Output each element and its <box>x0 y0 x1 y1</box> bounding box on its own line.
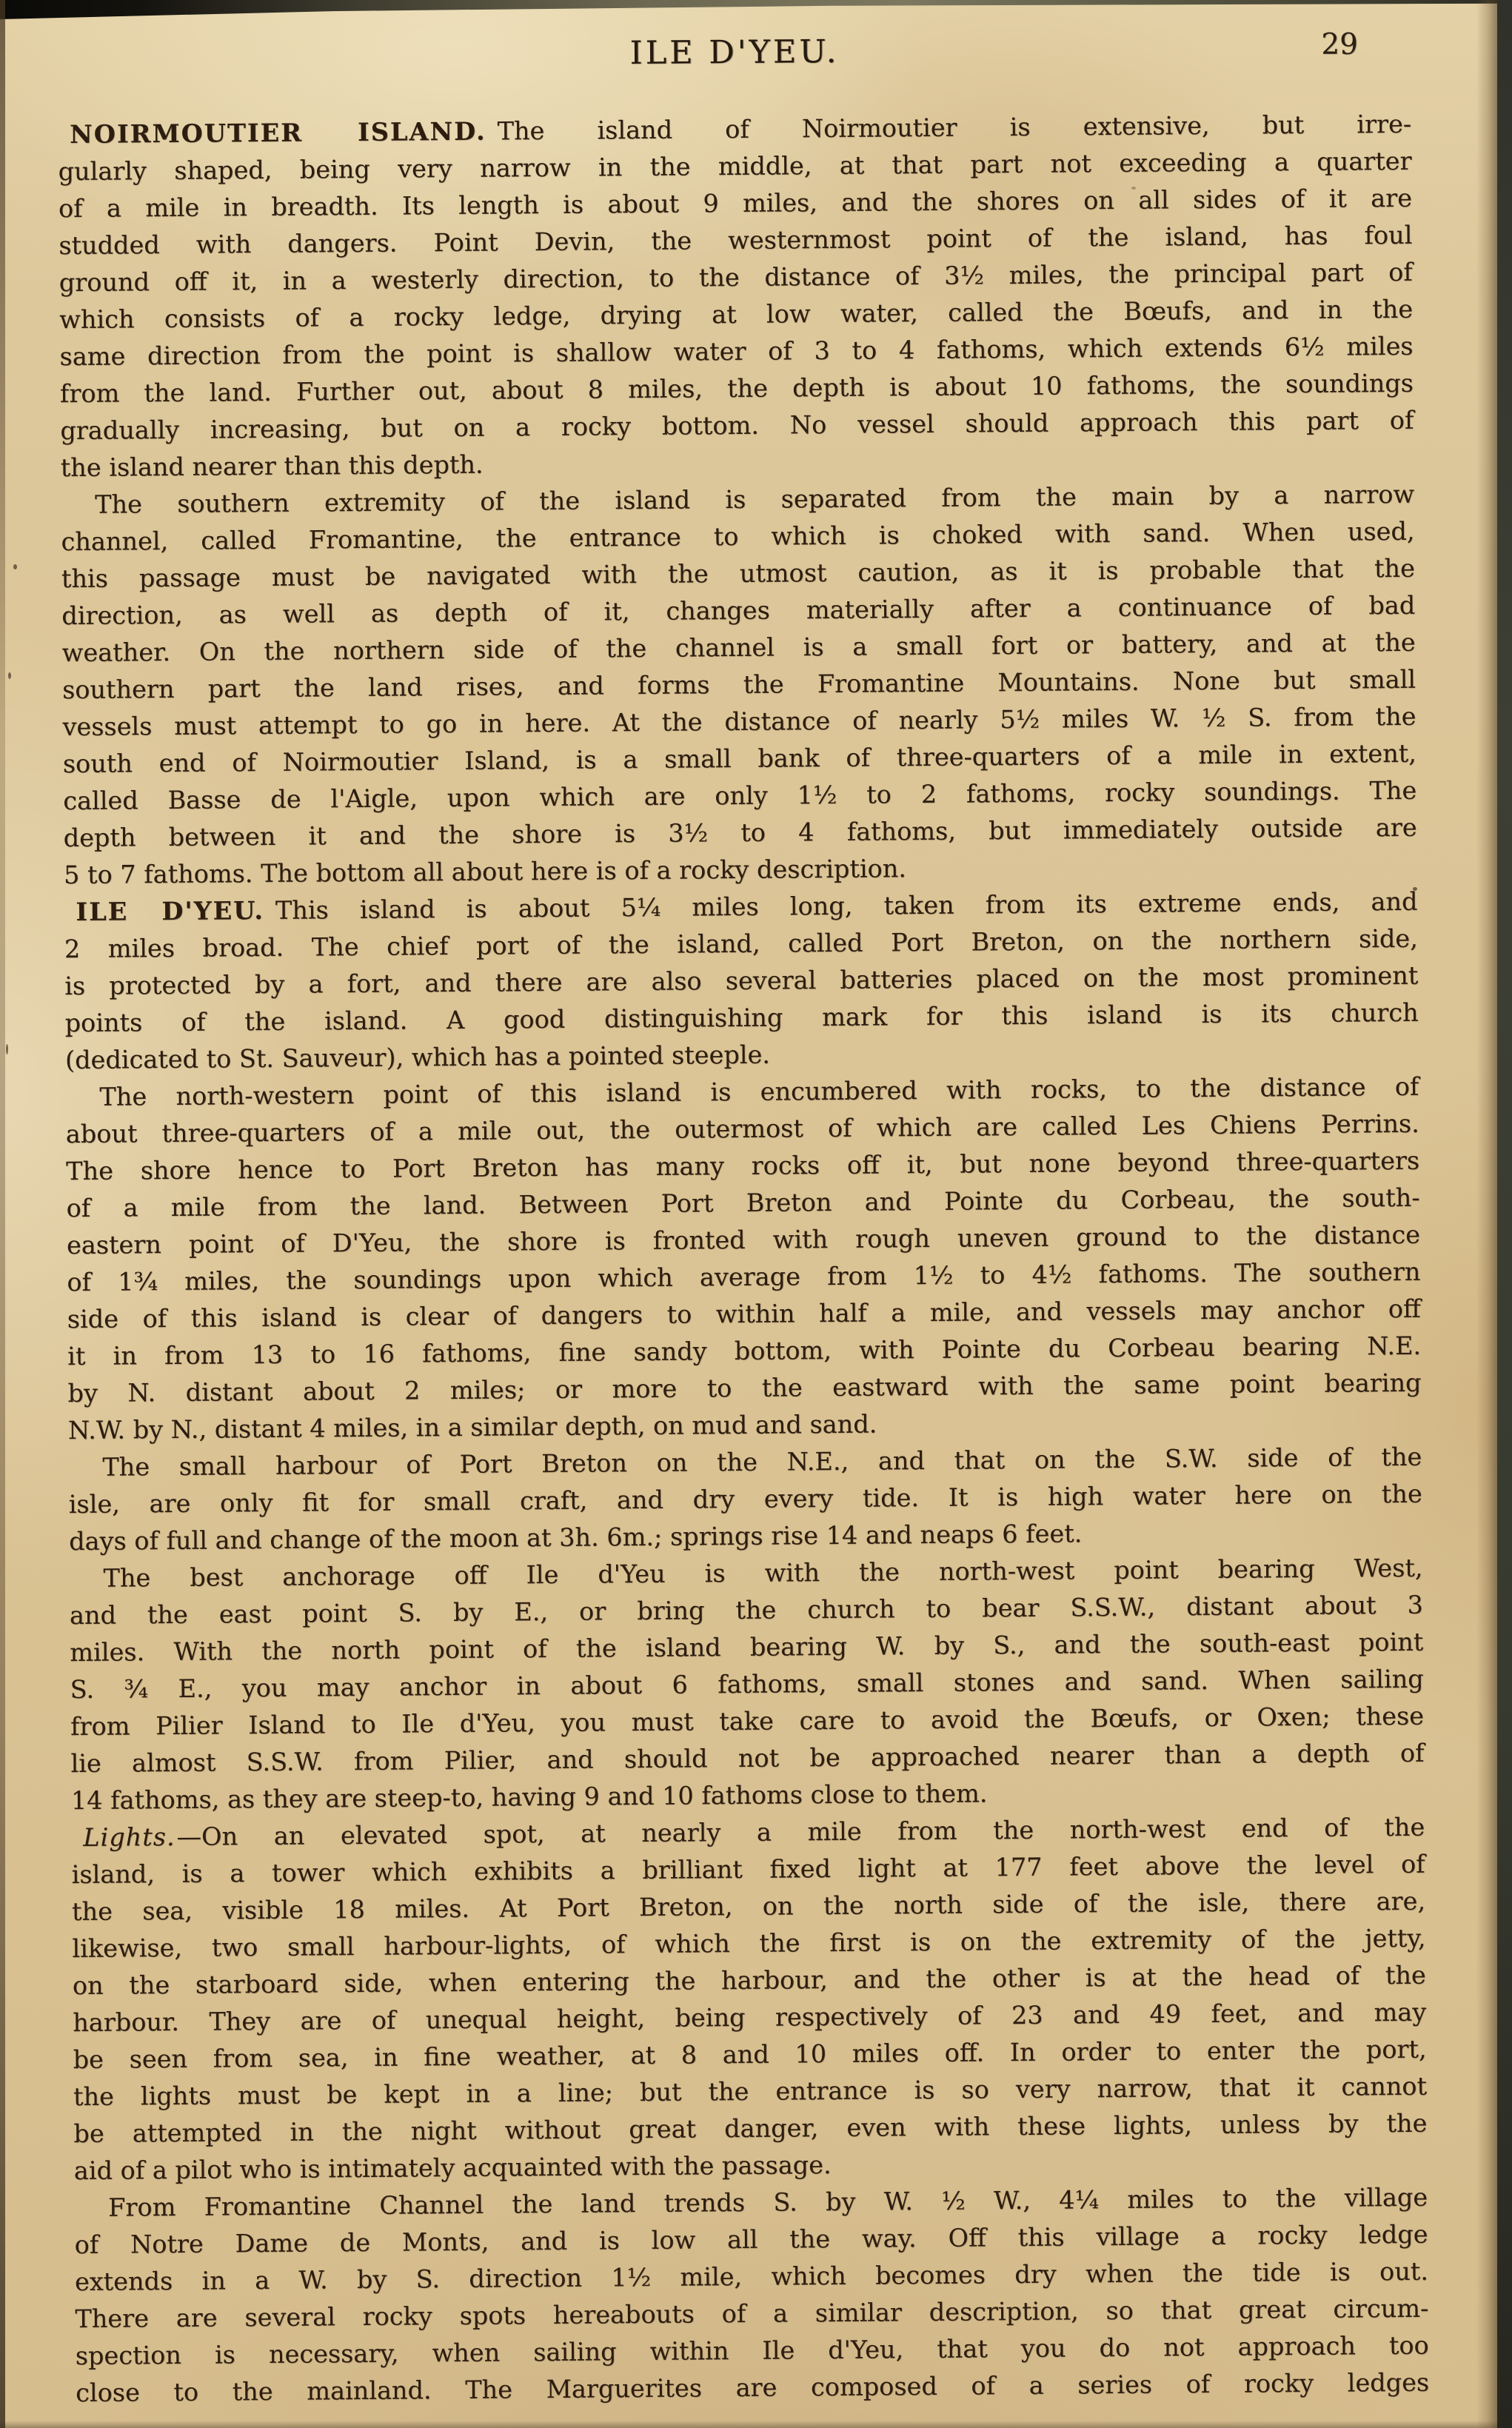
paragraph: From Fromantine Channel the land trends … <box>74 2179 1429 2412</box>
paragraph-heading: NOIRMOUTIER ISLAND. <box>70 117 486 149</box>
paper-speck <box>1413 887 1417 891</box>
scan-edge-top <box>0 0 1512 19</box>
paragraph: The southern extremity of the island is … <box>61 476 1417 894</box>
paragraph: ILE D'YEU.This island is about 5¼ miles … <box>64 883 1419 1079</box>
paper-speck <box>8 672 11 679</box>
paragraph: The north-western point of this island i… <box>65 1068 1422 1449</box>
paper-speck <box>6 1044 8 1054</box>
paper-speck <box>13 564 17 569</box>
scanned-page: ILE D'YEU. 29 NOIRMOUTIER ISLAND.The isl… <box>0 0 1512 2428</box>
paragraph: Lights.—On an elevated spot, at nearly a… <box>71 1809 1428 2190</box>
running-title: ILE D'YEU. <box>58 30 1411 76</box>
scan-edge-bottom <box>0 2421 1512 2428</box>
paragraph: The best anchorage off Ile d'Yeu is with… <box>69 1550 1425 1819</box>
scan-edge-left <box>0 0 5 2428</box>
paragraph-heading: Lights. <box>83 1822 175 1852</box>
paper-speck <box>1131 187 1136 190</box>
paragraph: NOIRMOUTIER ISLAND.The island of Noirmou… <box>58 106 1414 486</box>
page-number: 29 <box>1321 28 1358 61</box>
page-body: NOIRMOUTIER ISLAND.The island of Noirmou… <box>58 106 1429 2412</box>
scan-edge-right <box>1497 0 1512 2428</box>
paragraph: The small harbour of Port Breton on the … <box>68 1439 1422 1560</box>
paragraph-heading: ILE D'YEU. <box>76 896 264 926</box>
